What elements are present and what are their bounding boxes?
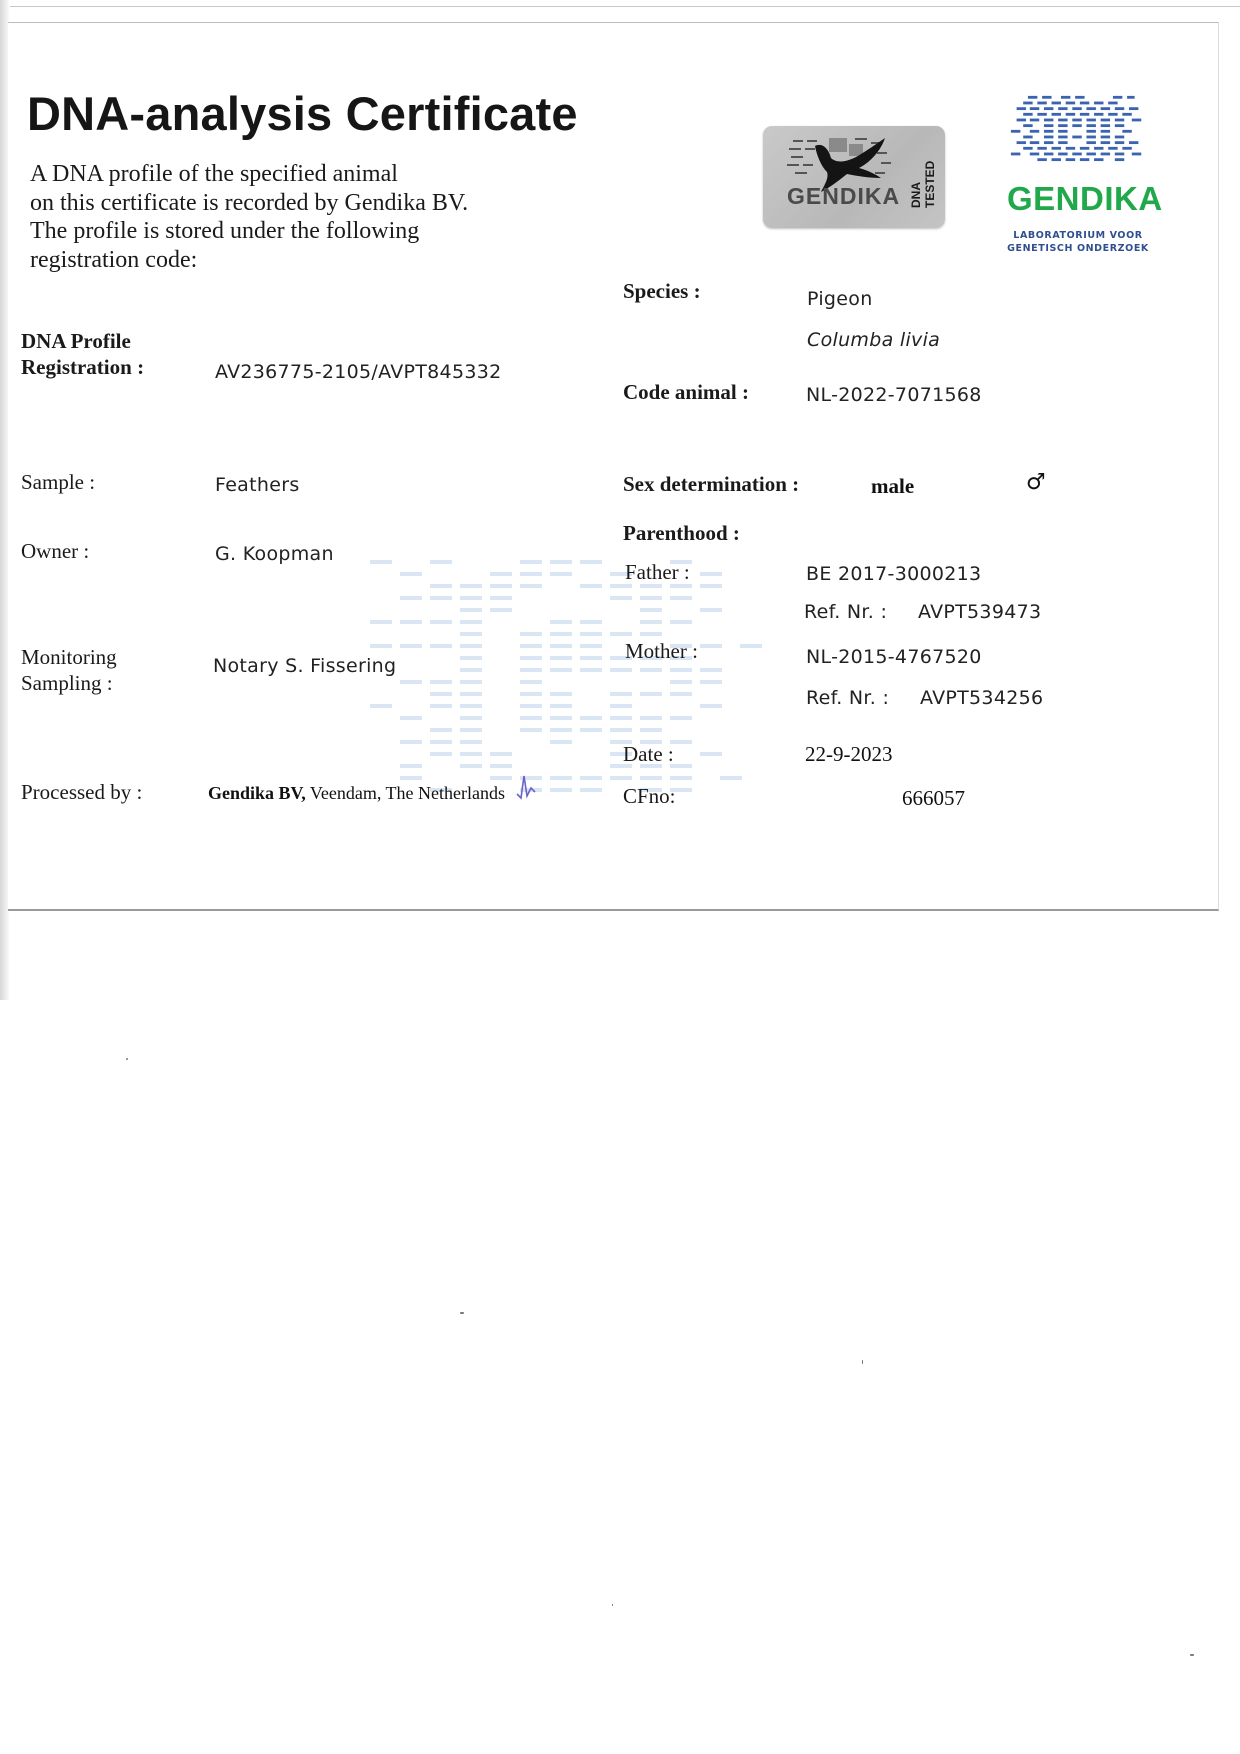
sex-value: male bbox=[871, 474, 914, 499]
certificate-intro: A DNA profile of the specified animal on… bbox=[30, 160, 468, 274]
gendika-logo-icon bbox=[1005, 94, 1150, 179]
parenthood-label: Parenthood : bbox=[623, 521, 740, 546]
intro-line: The profile is stored under the followin… bbox=[30, 217, 468, 246]
intro-line: A DNA profile of the specified animal bbox=[30, 160, 468, 189]
father-ref-value: AVPT539473 bbox=[918, 601, 1041, 623]
signature-mark-icon bbox=[515, 770, 537, 800]
monitoring-label-line2: Sampling : bbox=[21, 671, 113, 696]
species-common-name: Pigeon bbox=[807, 288, 873, 310]
cfno-label: CFno: bbox=[623, 784, 676, 809]
code-animal-label: Code animal : bbox=[623, 380, 749, 405]
male-symbol-icon: ♂ bbox=[1026, 470, 1046, 495]
intro-line: on this certificate is recorded by Gendi… bbox=[30, 189, 468, 218]
monitoring-value: Notary S. Fissering bbox=[213, 655, 396, 677]
cfno-value: 666057 bbox=[902, 786, 965, 811]
scan-artifact-top-line bbox=[0, 6, 1240, 7]
father-ref-label: Ref. Nr. : bbox=[804, 601, 887, 623]
owner-label: Owner : bbox=[21, 539, 89, 564]
date-label: Date : bbox=[623, 742, 674, 767]
gendika-logo-name: GENDIKA bbox=[1007, 180, 1149, 218]
mother-ref-value: AVPT534256 bbox=[920, 687, 1043, 709]
date-value: 22-9-2023 bbox=[805, 742, 893, 767]
registration-label-line2: Registration : bbox=[21, 355, 144, 380]
sticker-brand-name: GENDIKA bbox=[787, 183, 900, 210]
species-latin-name: Columba livia bbox=[807, 329, 940, 351]
father-label: Father : bbox=[625, 560, 690, 585]
intro-line: registration code: bbox=[30, 246, 468, 275]
mother-label: Mother : bbox=[625, 639, 698, 664]
sticker-dna-tested-text: DNA TESTED bbox=[909, 161, 937, 208]
processed-by-label: Processed by : bbox=[21, 780, 142, 805]
mother-value: NL-2015-4767520 bbox=[806, 646, 982, 668]
processed-by-value: Gendika BV, Veendam, The Netherlands bbox=[208, 783, 505, 804]
logo-subtitle-line: LABORATORIUM VOOR bbox=[1002, 229, 1154, 242]
sample-value: Feathers bbox=[215, 474, 300, 496]
species-label: Species : bbox=[623, 279, 701, 304]
certificate-title: DNA-analysis Certificate bbox=[27, 86, 578, 141]
father-value: BE 2017-3000213 bbox=[806, 563, 981, 585]
registration-label-line1: DNA Profile bbox=[21, 329, 131, 354]
sample-label: Sample : bbox=[21, 470, 95, 495]
sex-determination-label: Sex determination : bbox=[623, 472, 799, 497]
gendika-logo-subtitle: LABORATORIUM VOOR GENETISCH ONDERZOEK bbox=[1002, 229, 1154, 255]
processed-by-location: Veendam, The Netherlands bbox=[310, 783, 505, 803]
code-animal-value: NL-2022-7071568 bbox=[806, 384, 982, 406]
dna-tested-sticker: GENDIKA DNA TESTED bbox=[763, 126, 945, 228]
processed-by-company: Gendika BV, bbox=[208, 783, 306, 803]
owner-value: G. Koopman bbox=[215, 543, 334, 565]
mother-ref-label: Ref. Nr. : bbox=[806, 687, 889, 709]
logo-subtitle-line: GENETISCH ONDERZOEK bbox=[1002, 242, 1154, 255]
registration-value: AV236775-2105/AVPT845332 bbox=[215, 361, 502, 383]
monitoring-label-line1: Monitoring bbox=[21, 645, 117, 670]
